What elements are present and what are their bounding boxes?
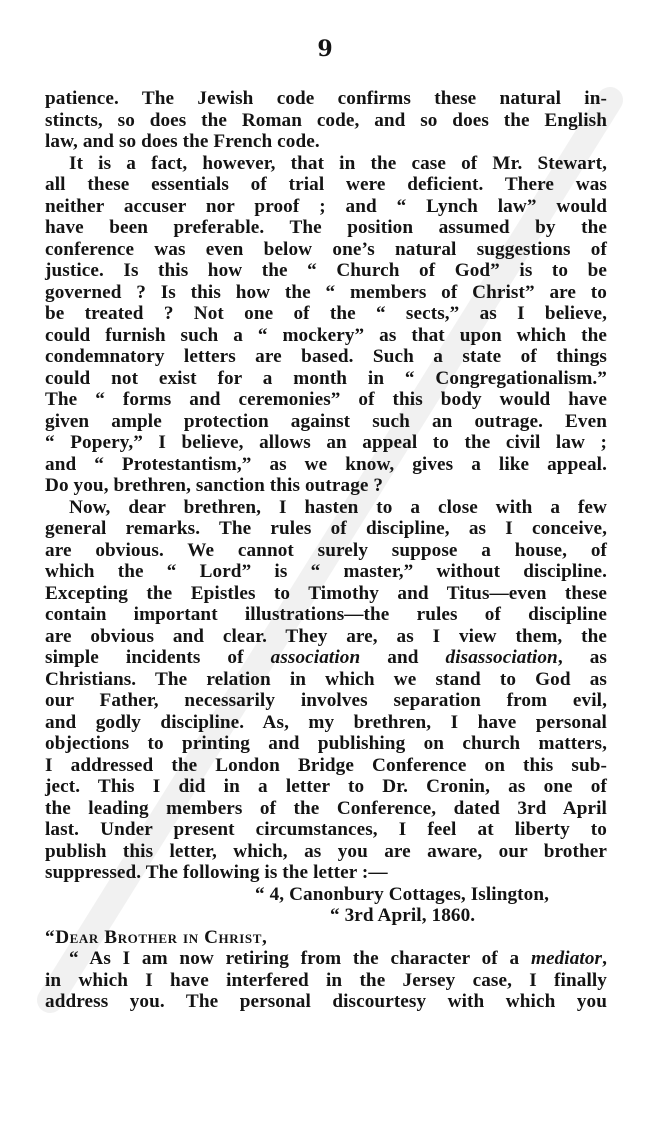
text-line: governed ? Is this how the “ members of …: [45, 282, 607, 304]
text-line: It is a fact, however, that in the case …: [45, 153, 607, 175]
text-line: simple incidents of association and disa…: [45, 647, 607, 669]
text-line: Excepting the Epistles to Timothy and Ti…: [45, 583, 607, 605]
text-line: Do you, brethren, sanction this outrage …: [45, 475, 607, 497]
text-line: neither accuser nor proof ; and “ Lynch …: [45, 196, 607, 218]
text-line: Christians. The relation in which we sta…: [45, 669, 607, 691]
text-line: condemnatory letters are based. Such a s…: [45, 346, 607, 368]
text-line: given ample protection against such an o…: [45, 411, 607, 433]
italic-emphasis: disassociation: [446, 647, 558, 668]
text-line: are obvious. We cannot surely suppose a …: [45, 540, 607, 562]
text-line: have been preferable. The position assum…: [45, 217, 607, 239]
text-line: suppressed. The following is the letter …: [45, 862, 607, 884]
text-line: all these essentials of trial were defic…: [45, 174, 607, 196]
text-line: are obvious and clear. They are, as I vi…: [45, 626, 607, 648]
text-line: address you. The personal discourtesy wi…: [45, 991, 607, 1013]
text-line: could furnish such a “ mockery” as that …: [45, 325, 607, 347]
text-line: the leading members of the Conference, d…: [45, 798, 607, 820]
text-line: our Father, necessarily involves separat…: [45, 690, 607, 712]
text-line: last. Under present circumstances, I fee…: [45, 819, 607, 841]
letter-salutation: “Dear Brother in Christ,: [45, 927, 607, 949]
text-line: objections to printing and publishing on…: [45, 733, 607, 755]
page-number: 9: [0, 36, 650, 62]
body-text: patience. The Jewish code confirms these…: [45, 88, 607, 1013]
letter-date: “ 3rd April, 1860.: [45, 905, 607, 927]
text-line: conference was even below one’s natural …: [45, 239, 607, 261]
letter-address: “ 4, Canonbury Cottages, Islington,: [45, 884, 607, 906]
text-line: ject. This I did in a letter to Dr. Cron…: [45, 776, 607, 798]
text-line: Now, dear brethren, I hasten to a close …: [45, 497, 607, 519]
text-line: “ Popery,” I believe, allows an appeal t…: [45, 432, 607, 454]
text-line: contain important illustrations—the rule…: [45, 604, 607, 626]
text-line: justice. Is this how the “ Church of God…: [45, 260, 607, 282]
text-line: The “ forms and ceremonies” of this body…: [45, 389, 607, 411]
text-line: I addressed the London Bridge Conference…: [45, 755, 607, 777]
text-line: stincts, so does the Roman code, and so …: [45, 110, 607, 132]
italic-emphasis: mediator: [531, 948, 602, 969]
text-line: in which I have interfered in the Jersey…: [45, 970, 607, 992]
text-line: and “ Protestantism,” as we know, gives …: [45, 454, 607, 476]
text-line: be treated ? Not one of the “ sects,” as…: [45, 303, 607, 325]
text-line: could not exist for a month in “ Congreg…: [45, 368, 607, 390]
text-line: general remarks. The rules of discipline…: [45, 518, 607, 540]
text-line: “ As I am now retiring from the characte…: [45, 948, 607, 970]
italic-emphasis: association: [271, 647, 361, 668]
text-line: publish this letter, which, as you are a…: [45, 841, 607, 863]
text-line: and godly discipline. As, my brethren, I…: [45, 712, 607, 734]
text-line: law, and so does the French code.: [45, 131, 607, 153]
text-line: patience. The Jewish code confirms these…: [45, 88, 607, 110]
text-line: which the “ Lord” is “ master,” without …: [45, 561, 607, 583]
